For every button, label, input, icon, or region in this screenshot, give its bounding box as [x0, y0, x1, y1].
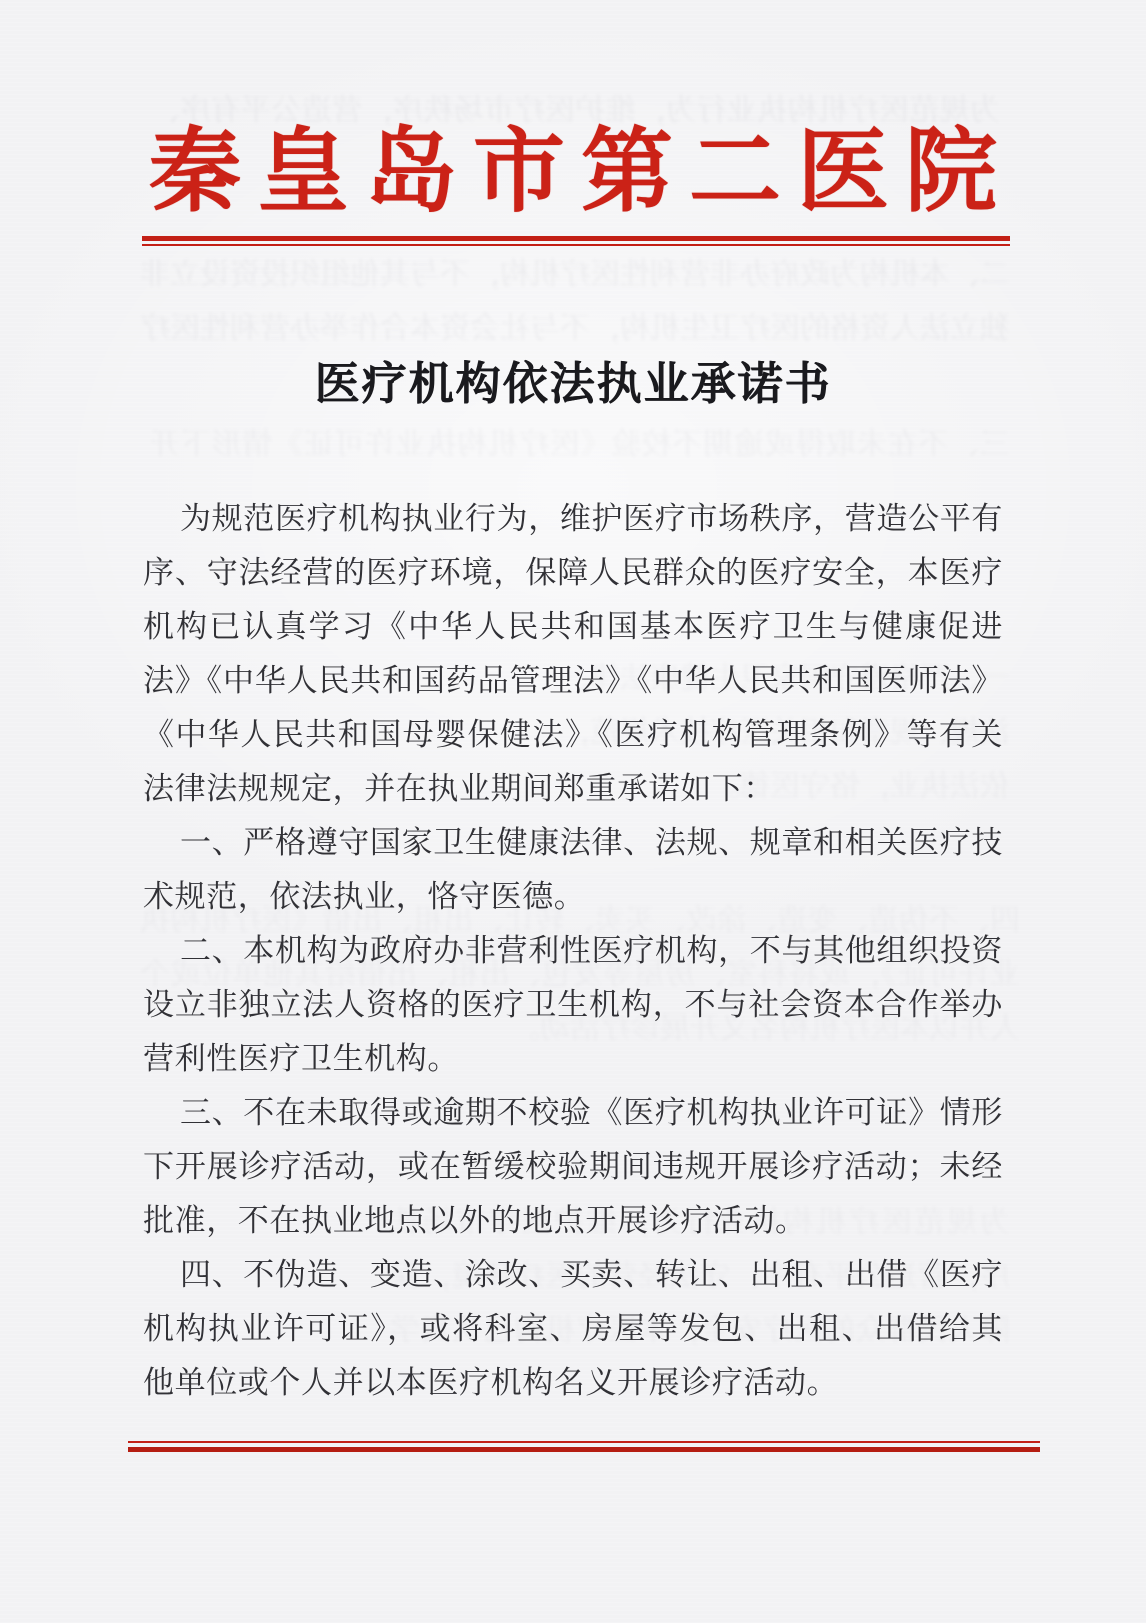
hospital-name-heading: 秦皇岛市第二医院 — [0, 118, 1146, 227]
bleedthrough-text: 三、不在未取得或逾期不校验《医疗机构执业许可证》情形下开展诊疗活动，或在暂缓校验… — [150, 418, 1010, 476]
body-paragraph-intro: 为规范医疗机构执业行为，维护医疗市场秩序，营造公平有序、守法经营的医疗环境，保障… — [143, 492, 1003, 816]
body-paragraph-item-4: 四、不伪造、变造、涂改、买卖、转让、出租、出借《医疗机构执业许可证》，或将科室、… — [143, 1248, 1003, 1410]
bleedthrough-text: 二、本机构为政府办非营利性医疗机构，不与其他组织投资设立非独立法人资格的医疗卫生… — [140, 248, 1010, 352]
document-page: 为规范医疗机构执业行为，维护医疗市场秩序，营造公平有序、守法经营的医疗环境，保障… — [0, 0, 1146, 1623]
document-title: 医疗机构依法执业承诺书 — [0, 358, 1146, 410]
letterhead-double-rule — [142, 236, 1010, 246]
body-paragraph-item-1: 一、严格遵守国家卫生健康法律、法规、规章和相关医疗技术规范，依法执业，恪守医德。 — [143, 816, 1003, 924]
body-paragraph-item-2: 二、本机构为政府办非营利性医疗机构，不与其他组织投资设立非独立法人资格的医疗卫生… — [143, 924, 1003, 1086]
document-body: 为规范医疗机构执业行为，维护医疗市场秩序，营造公平有序、守法经营的医疗环境，保障… — [143, 492, 1003, 1410]
body-paragraph-item-3: 三、不在未取得或逾期不校验《医疗机构执业许可证》情形下开展诊疗活动，或在暂缓校验… — [143, 1086, 1003, 1248]
footer-double-rule — [128, 1441, 1040, 1452]
